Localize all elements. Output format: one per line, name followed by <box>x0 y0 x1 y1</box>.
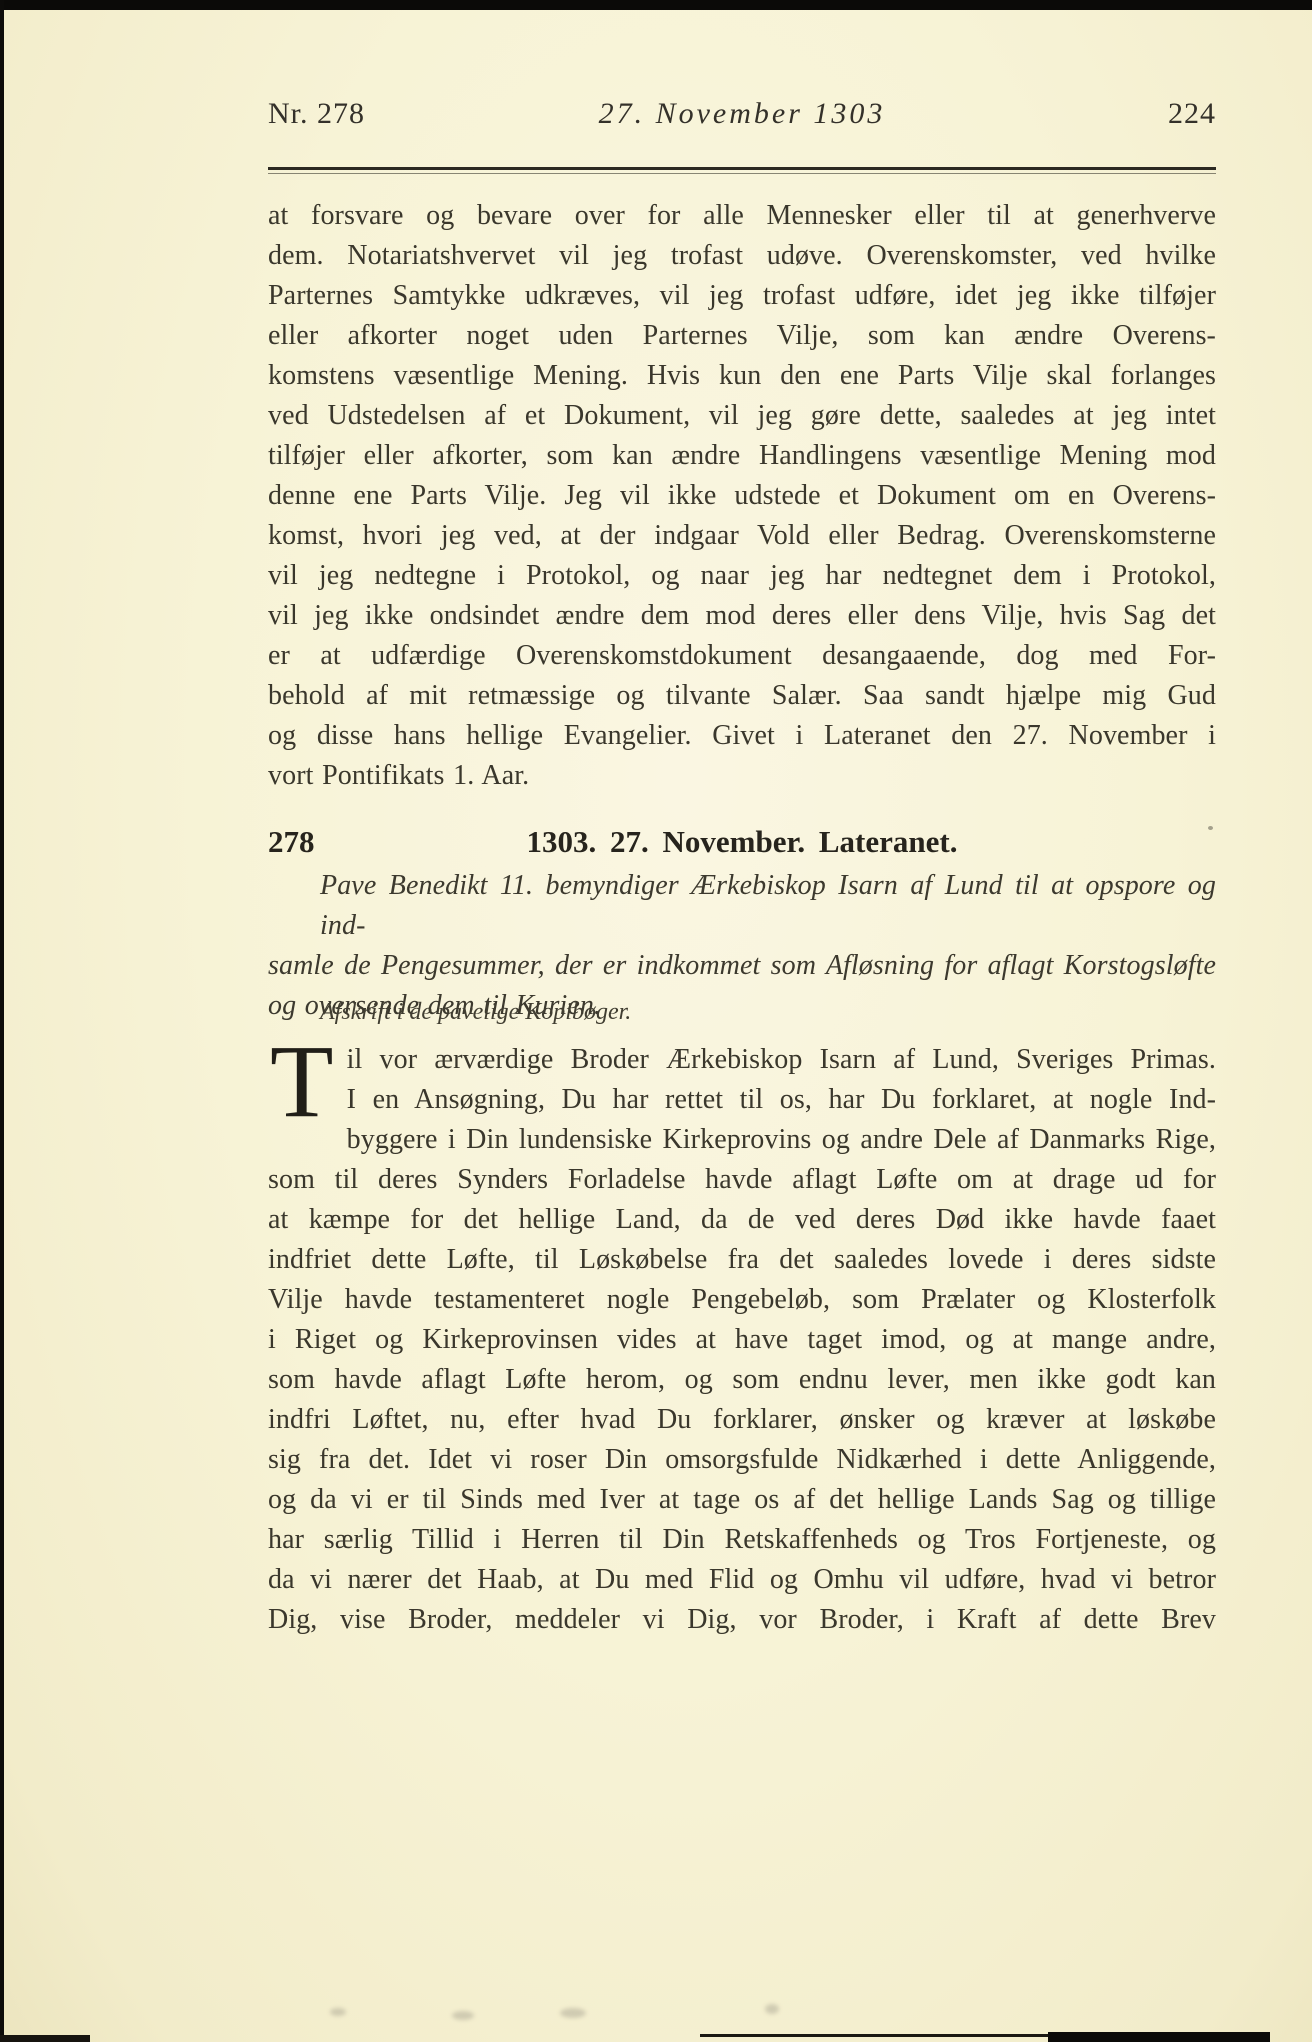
text-line: indfriet dette Løfte, til Løskøbelse fra… <box>268 1240 1216 1280</box>
text-line: ved Udstedelsen af et Dokument, vil jeg … <box>268 396 1216 436</box>
header-date: 27. November 1303 <box>268 94 1216 134</box>
text-line: er at udfærdige Overenskomstdokument des… <box>268 636 1216 676</box>
text-line: eller afkorter noget uden Parternes Vilj… <box>268 316 1216 356</box>
doc277-continuation-paragraph: at forsvare og bevare over for alle Menn… <box>268 196 1216 796</box>
text-line-fragment: il vor ærværdige Broder Ærkebiskop Isarn… <box>347 1044 1216 1075</box>
text-line: tilføjer eller afkorter, som kan ændre H… <box>268 436 1216 476</box>
scan-edge-bottom-right <box>1048 2032 1270 2042</box>
text-line: Vilje havde testamenteret nogle Pengebel… <box>268 1280 1216 1320</box>
text-line: sig fra det. Idet vi roser Din omsorgsfu… <box>268 1440 1216 1480</box>
text-line: samle de Pengesummer, der er indkommet s… <box>268 946 1216 986</box>
scan-smudge <box>452 2011 474 2020</box>
header-page-number: 224 <box>1168 94 1216 134</box>
text-line: som til deres Synders Forladelse havde a… <box>268 1160 1216 1200</box>
running-header: Nr. 278 27. November 1303 224 <box>268 94 1216 140</box>
scan-edge-left <box>0 0 4 2042</box>
text-line: komstens væsentlige Mening. Hvis kun den… <box>268 356 1216 396</box>
text-line: Dig, vise Broder, meddeler vi Dig, vor B… <box>268 1600 1216 1640</box>
text-line: I en Ansøgning, Du har rettet til os, ha… <box>268 1080 1216 1120</box>
text-line: indfri Løftet, nu, efter hvad Du forklar… <box>268 1400 1216 1440</box>
doc278-source-note: Afskrift i de pavelige Kopibøger. <box>320 997 631 1027</box>
doc278-heading-row: 278 1303. 27. November. Lateranet. <box>268 820 1216 864</box>
text-line: vort Pontifikats 1. Aar. <box>268 756 1216 796</box>
doc278-heading: 1303. 27. November. Lateranet. <box>268 820 1216 864</box>
text-line: og da vi er til Sinds med Iver at tage o… <box>268 1480 1216 1520</box>
header-document-number: Nr. 278 <box>268 94 365 134</box>
text-line: dem. Notariatshvervet vil jeg trofast ud… <box>268 236 1216 276</box>
text-line: at forsvare og bevare over for alle Menn… <box>268 196 1216 236</box>
text-line: Pave Benedikt 11. bemyndiger Ærkebiskop … <box>268 866 1216 946</box>
text-line: som havde aflagt Løfte herom, og som end… <box>268 1360 1216 1400</box>
page-content: Nr. 278 27. November 1303 224 at forsvar… <box>268 0 1216 2042</box>
text-line: denne ene Parts Vilje. Jeg vil ikke udst… <box>268 476 1216 516</box>
text-line: i Riget og Kirkeprovinsen vides at have … <box>268 1320 1216 1360</box>
text-line: vil jeg nedtegne i Protokol, og naar jeg… <box>268 556 1216 596</box>
text-line: vil jeg ikke ondsindet ændre dem mod der… <box>268 596 1216 636</box>
text-line: da vi nærer det Haab, at Du med Flid og … <box>268 1560 1216 1600</box>
text-line: og disse hans hellige Evangelier. Givet … <box>268 716 1216 756</box>
header-rule <box>268 167 1216 174</box>
doc278-body-paragraph: Til vor ærværdige Broder Ærkebiskop Isar… <box>268 1040 1216 1640</box>
scan-smudge <box>330 2008 346 2016</box>
scan-speck <box>1208 826 1213 830</box>
text-line: Til vor ærværdige Broder Ærkebiskop Isar… <box>268 1040 1216 1080</box>
text-line: behold af mit retmæssige og tilvante Sal… <box>268 676 1216 716</box>
text-line: at kæmpe for det hellige Land, da de ved… <box>268 1200 1216 1240</box>
text-line: byggere i Din lundensiske Kirkeprovins o… <box>268 1120 1216 1160</box>
text-line: har særlig Tillid i Herren til Din Retsk… <box>268 1520 1216 1560</box>
scanned-book-page: Nr. 278 27. November 1303 224 at forsvar… <box>0 0 1312 2042</box>
text-line: komst, hvori jeg ved, at der indgaar Vol… <box>268 516 1216 556</box>
scan-smudge <box>560 2008 586 2018</box>
text-line: Parternes Samtykke udkræves, vil jeg tro… <box>268 276 1216 316</box>
scan-edge-bottom-line <box>700 2034 1058 2037</box>
scan-smudge <box>765 2004 779 2014</box>
drop-cap-letter: T <box>268 1042 347 1122</box>
doc278-number: 278 <box>268 820 315 864</box>
scan-edge-bottom-left <box>0 2035 90 2042</box>
